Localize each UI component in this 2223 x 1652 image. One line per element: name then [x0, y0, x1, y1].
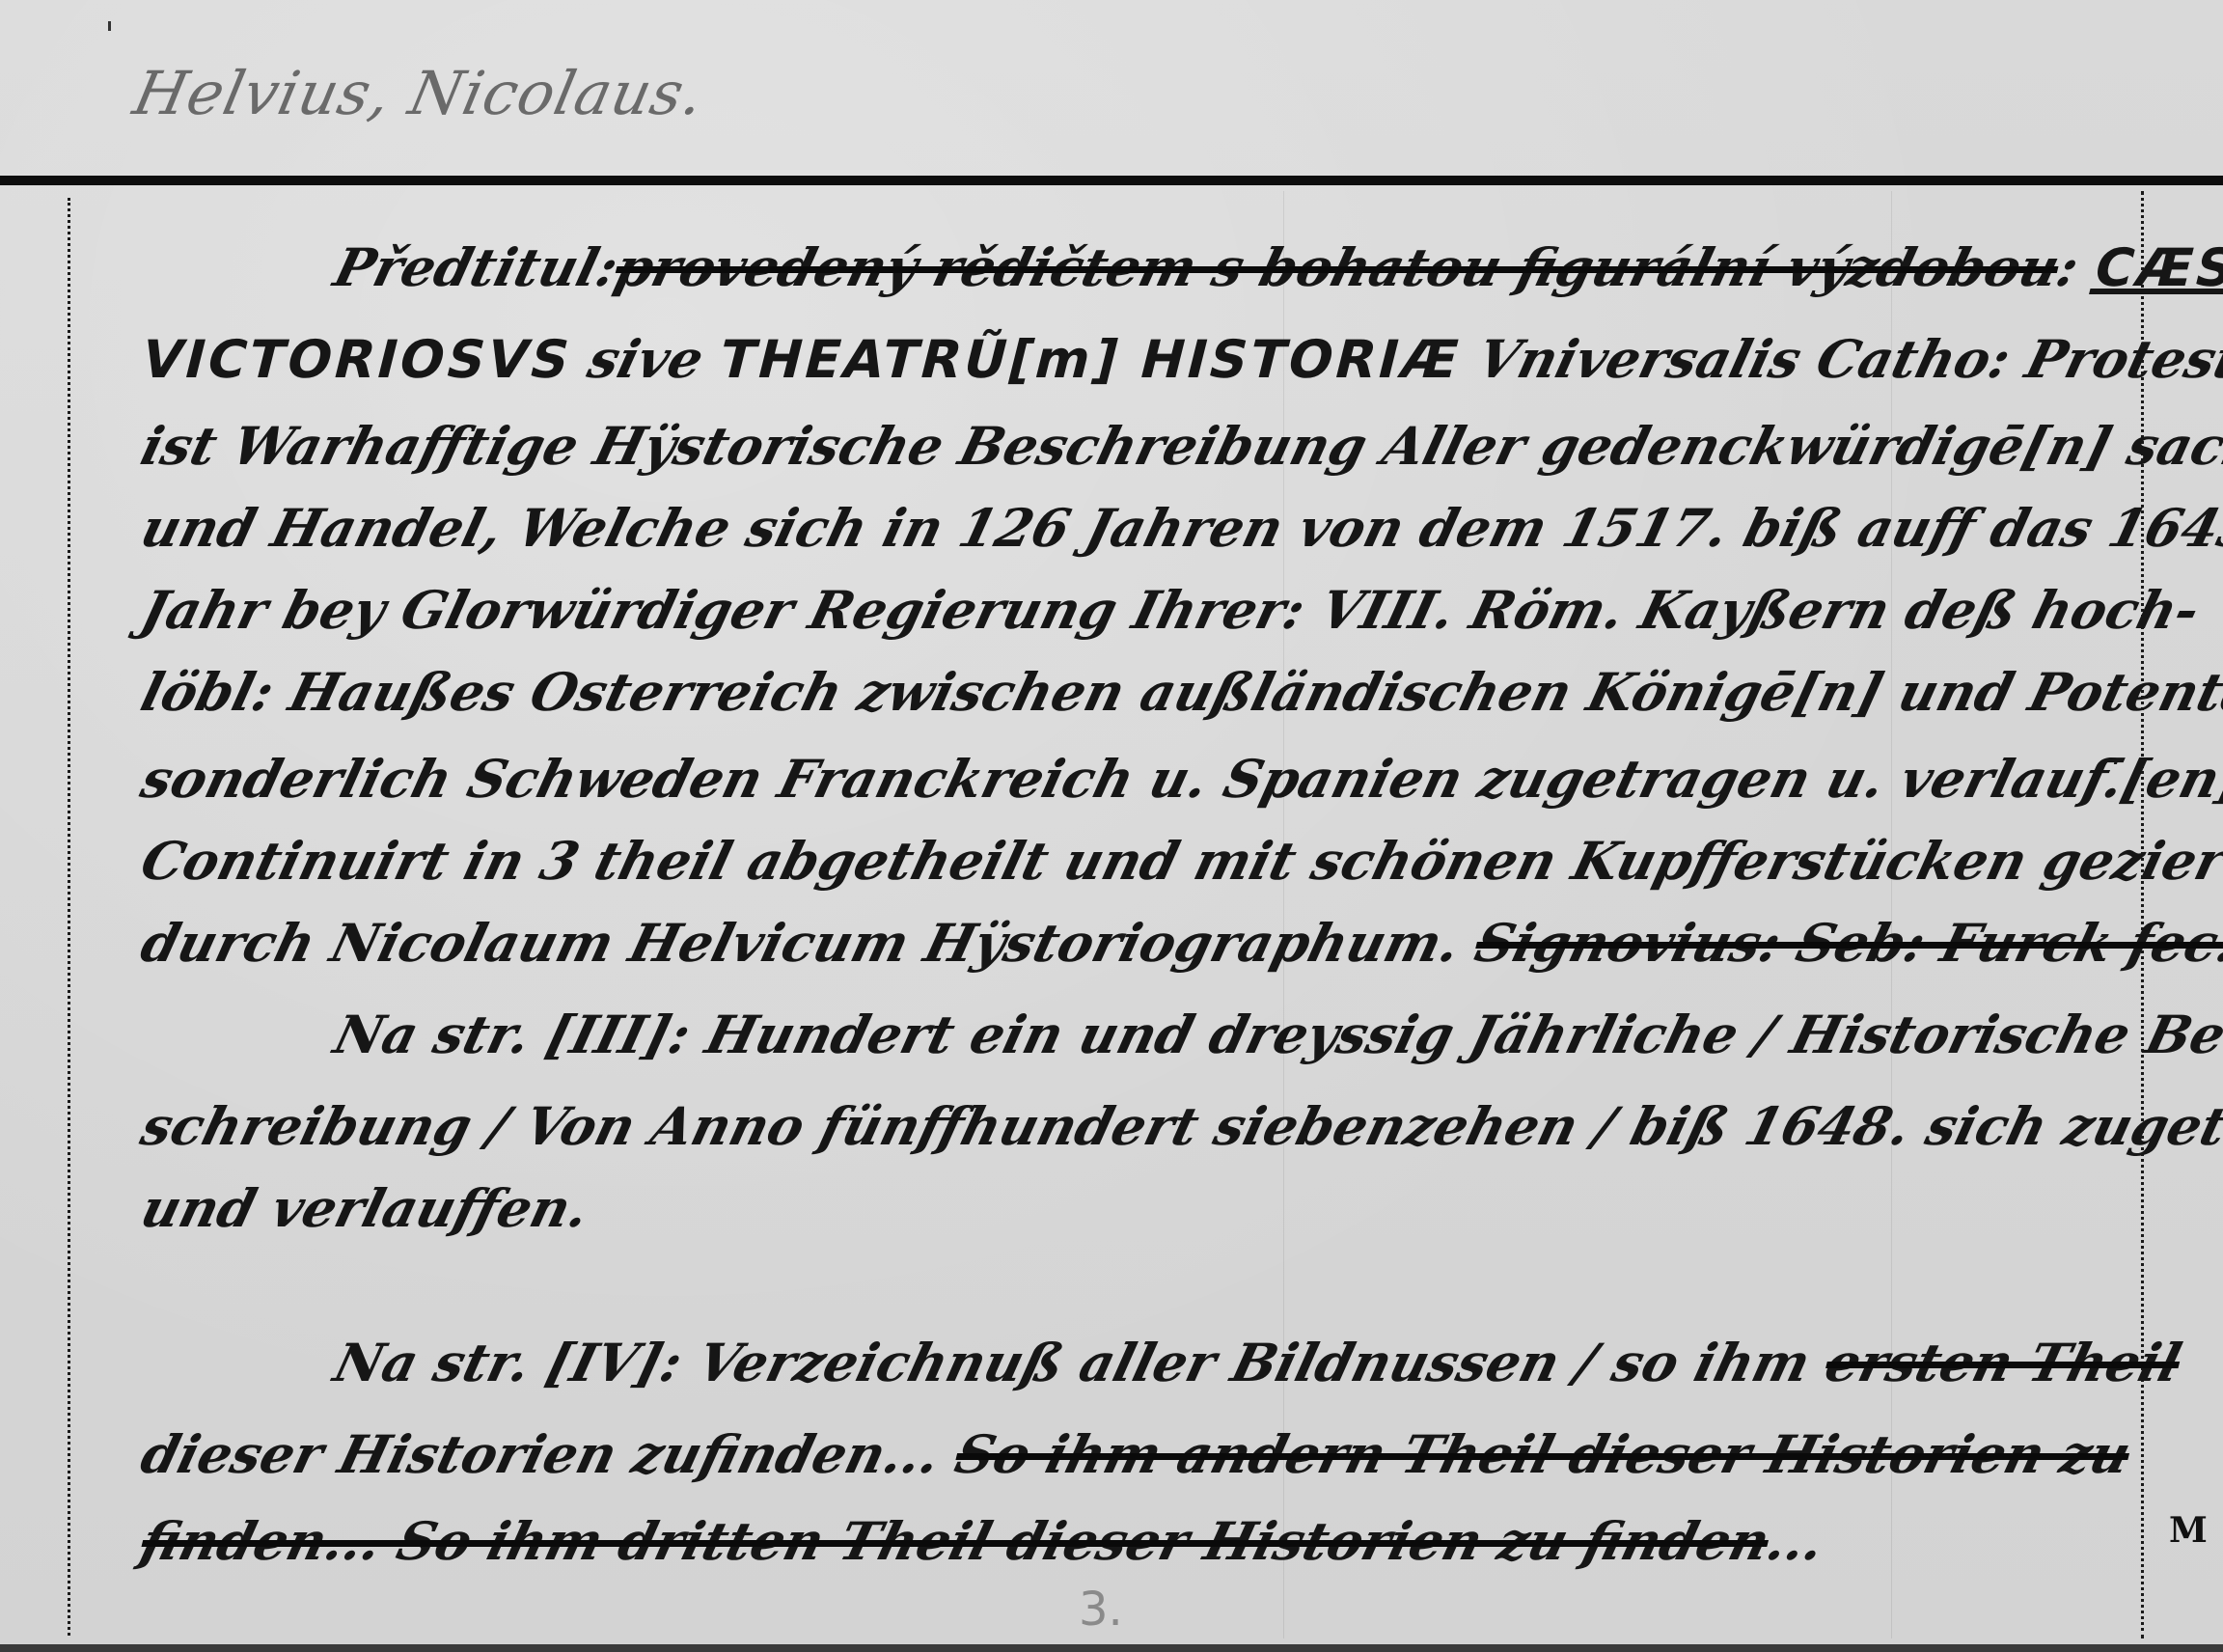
section-line: und verlauffen.: [135, 1177, 595, 1239]
tick-mark: [108, 21, 111, 31]
line-text: und verlauffen.: [135, 1177, 595, 1239]
title-line: Předtitul:provedený rědičtem s bohatou f…: [328, 236, 2223, 298]
section-line: Na str. [IV]: Verzeichnuß aller Bildnuss…: [328, 1332, 2187, 1393]
page-number: 3.: [1079, 1583, 1123, 1637]
struck-text: So ihm andern Theil dieser Historien zu: [949, 1423, 2137, 1485]
title-label: Předtitul:: [328, 236, 624, 298]
heading-rule: [0, 176, 2223, 185]
line-text: schreibung / Von Anno fünffhundert siebe…: [135, 1095, 2223, 1157]
line-text: THEATRŨ[m] HISTORIÆ: [713, 329, 1468, 390]
transcription-line: VICTORIOSVS sive THEATRŨ[m] HISTORIÆ Vni…: [135, 328, 2223, 390]
section-line: Na str. [III]: Hundert ein und dreyssig …: [328, 1004, 2223, 1065]
line-text: durch Nicolaum Helvicum Hÿstoriographum.: [135, 912, 1467, 974]
transcription-line: ist Warhafftige Hÿstorische Beschreibung…: [135, 415, 2223, 477]
bottom-edge: [0, 1644, 2223, 1652]
line-text: sive: [563, 328, 727, 390]
left-dotted-border: [68, 198, 70, 1636]
struck-text: Signovius: Seb: Furck fec.: [1469, 912, 2223, 974]
line-text: sonderlich Schweden Franckreich u. Spani…: [135, 748, 2223, 810]
struck-text: finden... So ihm dritten Theil dieser Hi…: [135, 1510, 1776, 1572]
transcription-line: sonderlich Schweden Franckreich u. Spani…: [135, 748, 2223, 810]
line-text: Hundert ein und dreyssig Jährliche / His…: [700, 1004, 2223, 1065]
struck-text: ersten Theil: [1820, 1332, 2187, 1393]
line-text: Vniversalis Catho: Protest Das: [1453, 328, 2223, 390]
transcription-line: löbl: Haußes Osterreich zwischen außländ…: [135, 661, 2223, 723]
line-text: Verzeichnuß aller Bildnussen / so ihm: [692, 1332, 1835, 1393]
transcription-line: Jahr bey Glorwürdiger Regierung Ihrer: V…: [135, 579, 2206, 641]
line-text: löbl: Haußes Osterreich zwischen außländ…: [135, 661, 2223, 723]
transcription-line: und Handel, Welche sich in 126 Jahren vo…: [135, 497, 2223, 559]
transcription-line: durch Nicolaum Helvicum Hÿstoriographum.…: [135, 912, 2223, 974]
line-text: und Handel, Welche sich in 126 Jahren vo…: [135, 497, 2223, 559]
transcription-line: Continuirt in 3 theil abgetheilt und mit…: [135, 830, 2223, 892]
section-line: schreibung / Von Anno fünffhundert siebe…: [135, 1095, 2223, 1157]
line-text: dieser Historien zufinden...: [135, 1423, 965, 1485]
line-text: Jahr bey Glorwürdiger Regierung Ihrer: V…: [135, 579, 2206, 641]
line-text: Na str. [III]:: [328, 1004, 715, 1065]
struck-title-note: provedený rědičtem s bohatou figurální v…: [609, 236, 2066, 298]
line-text: ist Warhafftige Hÿstorische Beschreibung…: [135, 415, 2223, 477]
card-heading-author: Helvius, Nicolaus.: [127, 58, 711, 128]
caesar-word: CÆSAR: [2088, 237, 2223, 298]
line-text: Na str. [IV]:: [328, 1332, 707, 1393]
line-text: VICTORIOSVS: [135, 329, 579, 390]
catalog-card: Helvius, Nicolaus. Předtitul:provedený r…: [0, 0, 2223, 1652]
section-line: dieser Historien zufinden... So ihm ande…: [135, 1423, 2137, 1485]
section-line: finden... So ihm dritten Theil dieser Hi…: [135, 1510, 1830, 1572]
margin-mark: M: [2169, 1510, 2208, 1551]
line-text: Continuirt in 3 theil abgetheilt und mit…: [135, 830, 2223, 892]
